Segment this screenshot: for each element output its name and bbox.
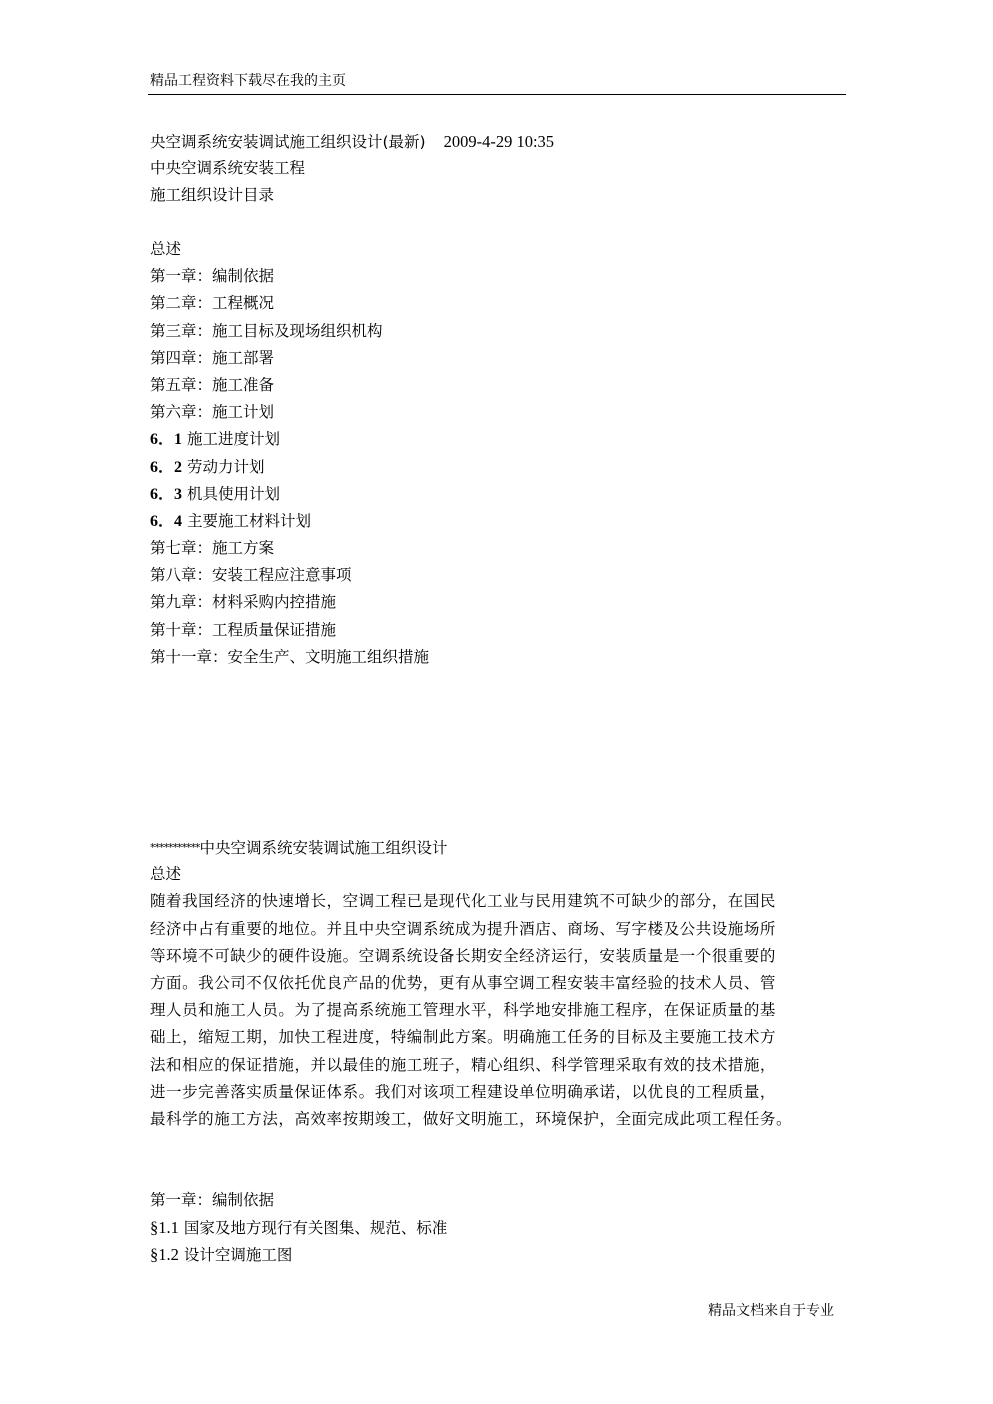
section-number: 6．4 bbox=[150, 513, 182, 530]
paragraph-line: 方面。我公司不仅依托优良产品的优势，更有从事空调工程安装丰富经验的技术人员、管 bbox=[150, 970, 850, 997]
paragraph-line: 进一步完善落实质量保证体系。我们对该项工程建设单位明确承诺，以优良的工程质量， bbox=[150, 1079, 850, 1106]
table-of-contents: 总述 第一章：编制依据 第二章：工程概况 第三章：施工目标及现场组织机构 第四章… bbox=[150, 236, 850, 671]
paragraph-line: 法和相应的保证措施，并以最佳的施工班子，精心组织、科学管理采取有效的技术措施， bbox=[150, 1052, 850, 1079]
overview-heading: 总述 bbox=[150, 861, 850, 888]
paragraph-line: 最科学的施工方法，高效率按期竣工，做好文明施工，环境保护，全面完成此项工程任务。 bbox=[150, 1106, 850, 1133]
project-subtitle: 中央空调系统安装工程 bbox=[150, 155, 850, 182]
section-number: 6．3 bbox=[150, 486, 182, 503]
toc-item-overview: 总述 bbox=[150, 236, 850, 263]
paragraph-line: 随着我国经济的快速增长，空调工程已是现代化工业与民用建筑不可缺少的部分，在国民 bbox=[150, 888, 850, 915]
toc-item-chapter-10: 第十章：工程质量保证措施 bbox=[150, 617, 850, 644]
toc-item-chapter-2: 第二章：工程概况 bbox=[150, 290, 850, 317]
chapter-1-heading: 第一章：编制依据 bbox=[150, 1187, 850, 1214]
toc-item-chapter-4: 第四章：施工部署 bbox=[150, 345, 850, 372]
paragraph-line: 经济中占有重要的地位。并且中央空调系统成为提升酒店、商场、写字楼及公共设施场所 bbox=[150, 916, 850, 943]
toc-item-chapter-5: 第五章：施工准备 bbox=[150, 372, 850, 399]
toc-item-chapter-1: 第一章：编制依据 bbox=[150, 263, 850, 290]
page-header: 精品工程资料下载尽在我的主页 bbox=[148, 70, 846, 95]
document-title-line: 央空调系统安装调试施工组织设计(最新)2009-4-29 10:35 bbox=[150, 128, 850, 155]
paragraph-line: 等环境不可缺少的硬件设施。空调系统设备长期安全经济运行，安装质量是一个很重要的 bbox=[150, 943, 850, 970]
section-1-2: §1.2 设计空调施工图 bbox=[150, 1241, 850, 1268]
paragraph-line: 础上，缩短工期，加快工程进度，特编制此方案。明确施工任务的目标及主要施工技术方 bbox=[150, 1024, 850, 1051]
intro-block: 央空调系统安装调试施工组织设计(最新)2009-4-29 10:35 中央空调系… bbox=[150, 128, 850, 210]
section-label: 主要施工材料计划 bbox=[187, 512, 311, 530]
toc-item-chapter-8: 第八章：安装工程应注意事项 bbox=[150, 562, 850, 589]
toc-item-chapter-9: 第九章：材料采购内控措施 bbox=[150, 589, 850, 616]
paragraph-line: 理人员和施工人员。为了提高系统施工管理水平，科学地安排施工程序，在保证质量的基 bbox=[150, 997, 850, 1024]
toc-item-section-6-2: 6．2 劳动力计划 bbox=[150, 454, 850, 481]
section-label: 国家及地方现行有关图集、规范、标准 bbox=[184, 1219, 448, 1237]
section-label: 施工进度计划 bbox=[187, 430, 280, 448]
toc-item-chapter-11: 第十一章：安全生产、文明施工组织措施 bbox=[150, 644, 850, 671]
toc-title: 施工组织设计目录 bbox=[150, 182, 850, 209]
section-label: 设计空调施工图 bbox=[184, 1246, 293, 1264]
toc-item-section-6-4: 6．4 主要施工材料计划 bbox=[150, 508, 850, 535]
chapter-1-section: 第一章：编制依据 §1.1 国家及地方现行有关图集、规范、标准 §1.2 设计空… bbox=[150, 1187, 850, 1269]
document-title: 央空调系统安装调试施工组织设计(最新) bbox=[150, 133, 426, 151]
toc-item-section-6-3: 6．3 机具使用计划 bbox=[150, 481, 850, 508]
section-number: 6．2 bbox=[150, 459, 182, 476]
body-heading-line: ***********中央空调系统安装调试施工组织设计 bbox=[150, 834, 850, 861]
section-number: §1.1 bbox=[150, 1218, 179, 1237]
section-number: 6．1 bbox=[150, 431, 182, 448]
section-label: 劳动力计划 bbox=[187, 458, 265, 476]
stars-prefix: *********** bbox=[150, 841, 200, 854]
body-heading: 中央空调系统安装调试施工组织设计 bbox=[200, 839, 448, 857]
header-text: 精品工程资料下载尽在我的主页 bbox=[150, 72, 346, 90]
section-1-1: §1.1 国家及地方现行有关图集、规范、标准 bbox=[150, 1214, 850, 1241]
page-footer: 精品文档来自于专业 bbox=[708, 1302, 834, 1320]
overview-paragraph: 随着我国经济的快速增长，空调工程已是现代化工业与民用建筑不可缺少的部分，在国民 … bbox=[150, 888, 850, 1133]
document-timestamp: 2009-4-29 10:35 bbox=[444, 132, 554, 151]
toc-item-section-6-1: 6．1 施工进度计划 bbox=[150, 426, 850, 453]
section-number: §1.2 bbox=[150, 1245, 179, 1264]
toc-item-chapter-6: 第六章：施工计划 bbox=[150, 399, 850, 426]
toc-item-chapter-3: 第三章：施工目标及现场组织机构 bbox=[150, 318, 850, 345]
toc-item-chapter-7: 第七章：施工方案 bbox=[150, 535, 850, 562]
body-section: ***********中央空调系统安装调试施工组织设计 总述 随着我国经济的快速… bbox=[150, 834, 850, 1133]
section-label: 机具使用计划 bbox=[187, 485, 280, 503]
